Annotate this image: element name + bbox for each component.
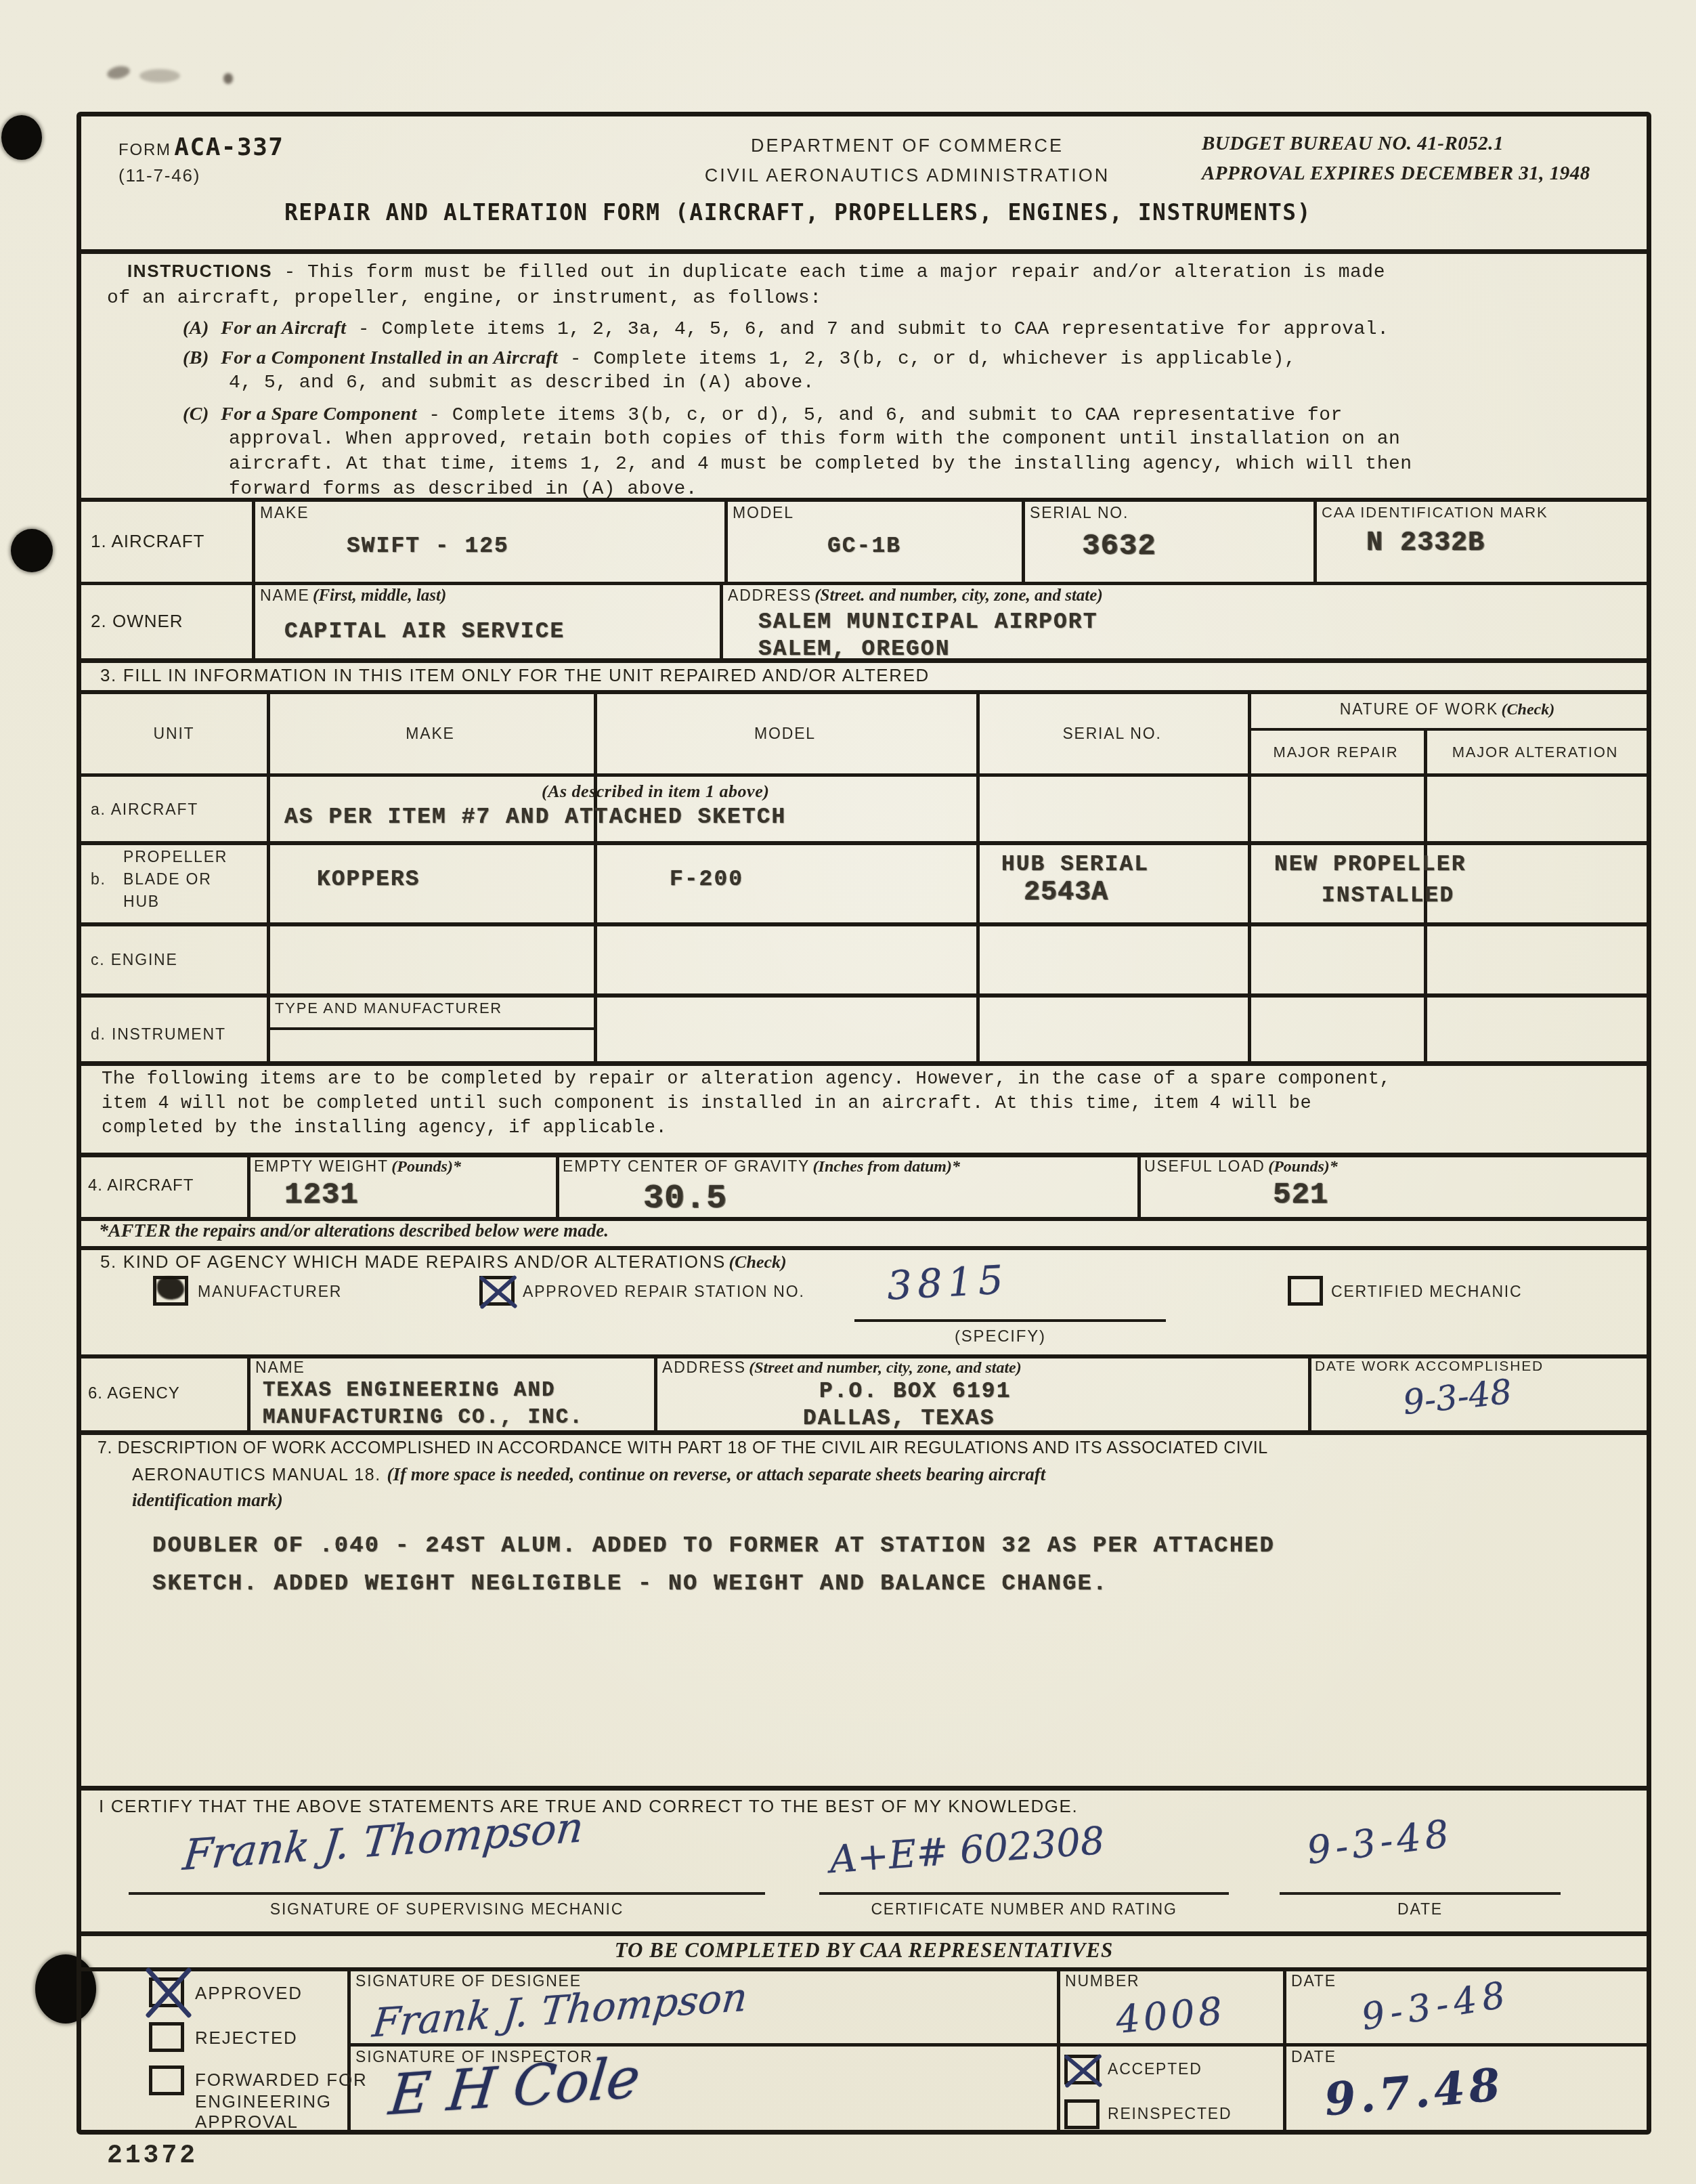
- row-b-nature-line2: INSTALLED: [1322, 883, 1454, 908]
- scanned-form-page: FORM ACA-337 (11-7-46) DEPARTMENT OF COM…: [0, 0, 1696, 2184]
- item2-row-label: 2. OWNER: [91, 611, 183, 632]
- item2-address-line1: SALEM MUNICIPAL AIRPORT: [758, 609, 1097, 635]
- item2-address-label: ADDRESS (Street. and number, city, zone,…: [728, 586, 1103, 605]
- approved-label: APPROVED: [195, 1983, 303, 2004]
- row-d-sub-label: TYPE AND MANUFACTURER: [275, 1000, 502, 1017]
- item7-heading-line3: identification mark): [132, 1490, 283, 1511]
- repair-station-number: 3815: [886, 1256, 1009, 1308]
- item6-address-line2: DALLAS, TEXAS: [803, 1406, 995, 1431]
- row-b-label-line3: HUB: [123, 893, 160, 911]
- item7-body-line1: DOUBLER OF .040 - 24ST ALUM. ADDED TO FO…: [152, 1533, 1275, 1559]
- row-b-label-line2: BLADE OR: [123, 870, 212, 888]
- item4-note-line1: The following items are to be completed …: [102, 1067, 1391, 1092]
- item2-name-value: CAPITAL AIR SERVICE: [284, 619, 565, 644]
- row-a-value: AS PER ITEM #7 AND ATTACHED SKETCH: [284, 805, 786, 830]
- item4-note-line3: completed by the installing agency, if a…: [102, 1116, 667, 1141]
- forwarded-checkbox[interactable]: [149, 2065, 184, 2095]
- row-b-serial-line1: HUB SERIAL: [1001, 852, 1149, 877]
- item7-body-line2: SKETCH. ADDED WEIGHT NEGLIGIBLE - NO WEI…: [152, 1571, 1108, 1597]
- item6-name-line2: MANUFACTURING CO., INC.: [263, 1406, 584, 1430]
- row-b-make: KOPPERS: [317, 867, 420, 892]
- department-line1: DEPARTMENT OF COMMERCE: [636, 135, 1178, 157]
- certified-mechanic-checkbox[interactable]: [1288, 1276, 1323, 1306]
- instructions-intro-line2: of an aircraft, propeller, engine, or in…: [107, 286, 821, 311]
- col-nature: NATURE OF WORK (Check): [1248, 700, 1647, 719]
- ink-smudge: [106, 64, 131, 81]
- instruction-c-line2: approval. When approved, retain both cop…: [229, 427, 1400, 452]
- accepted-label: ACCEPTED: [1108, 2060, 1202, 2078]
- reinspected-checkbox[interactable]: [1064, 2099, 1100, 2129]
- row-b-model: F-200: [670, 867, 743, 892]
- row-b-label-line1: PROPELLER: [123, 848, 227, 866]
- punch-hole: [1, 115, 42, 160]
- caa-date-value: 9-3-48: [1358, 1973, 1513, 2038]
- instruction-c: (C) For a Spare Component - Complete ite…: [183, 402, 1343, 428]
- caa-date2-label: DATE: [1291, 2048, 1336, 2066]
- budget-line1: BUDGET BUREAU NO. 41-R052.1: [1202, 133, 1590, 155]
- item6-name-label: NAME: [255, 1358, 305, 1377]
- col-make: MAKE: [267, 725, 594, 743]
- specify-label: (SPECIFY): [955, 1327, 1046, 1346]
- manufacturer-checkbox[interactable]: [153, 1276, 188, 1306]
- item4-ul-label: USEFUL LOAD (Pounds)*: [1144, 1157, 1338, 1176]
- form-revision: (11-7-46): [118, 165, 284, 186]
- certificate-number-value: A+E# 602308: [828, 1819, 1106, 1882]
- item3-banner: 3. FILL IN INFORMATION IN THIS ITEM ONLY…: [100, 665, 930, 686]
- item4-ew-label: EMPTY WEIGHT (Pounds)*: [254, 1157, 461, 1176]
- item4-cg-label: EMPTY CENTER OF GRAVITY (Inches from dat…: [563, 1157, 960, 1176]
- item4-footnote: *AFTER the repairs and/or alterations de…: [99, 1220, 609, 1242]
- item5-heading: 5. KIND OF AGENCY WHICH MADE REPAIRS AND…: [100, 1251, 787, 1272]
- row-b-prefix: b.: [91, 870, 106, 888]
- item4-ew-value: 1231: [284, 1178, 359, 1212]
- item6-name-line1: TEXAS ENGINEERING AND: [263, 1379, 556, 1403]
- col-model: MODEL: [594, 725, 976, 743]
- col-major-alteration: MAJOR ALTERATION: [1424, 744, 1647, 761]
- item7-heading-line1: 7. DESCRIPTION OF WORK ACCOMPLISHED IN A…: [97, 1438, 1268, 1458]
- caa-date-label: DATE: [1291, 1972, 1336, 1990]
- row-d-label: d. INSTRUMENT: [91, 1025, 226, 1044]
- punch-hole: [11, 529, 53, 572]
- instruction-b: (B) For a Component Installed in an Airc…: [183, 345, 1296, 372]
- rejected-label: REJECTED: [195, 2028, 298, 2049]
- budget-block: BUDGET BUREAU NO. 41-R052.1 APPROVAL EXP…: [1202, 133, 1590, 185]
- manufacturer-label: MANUFACTURER: [198, 1283, 342, 1301]
- approved-checkbox[interactable]: [149, 1977, 184, 2007]
- item6-address-line1: P.O. BOX 6191: [819, 1379, 1011, 1404]
- row-a-label: a. AIRCRAFT: [91, 800, 198, 819]
- caa-number-label: NUMBER: [1065, 1972, 1139, 1990]
- instructions-lead: INSTRUCTIONS: [127, 261, 272, 281]
- col-major-repair: MAJOR REPAIR: [1248, 744, 1424, 761]
- certify-statement: I CERTIFY THAT THE ABOVE STATEMENTS ARE …: [99, 1796, 1078, 1817]
- item1-model-value: GC-1B: [827, 534, 901, 559]
- page-title: REPAIR AND ALTERATION FORM (AIRCRAFT, PR…: [284, 199, 1311, 226]
- ink-smudge: [223, 73, 233, 84]
- item1-serial-label: SERIAL NO.: [1030, 504, 1129, 522]
- caa-heading: TO BE COMPLETED BY CAA REPRESENTATIVES: [81, 1938, 1647, 1963]
- repair-station-label: APPROVED REPAIR STATION NO.: [523, 1283, 805, 1301]
- reinspected-label: REINSPECTED: [1108, 2105, 1232, 2123]
- forwarded-label-line2: ENGINEERING: [195, 2091, 332, 2112]
- row-b-nature-line1: NEW PROPELLER: [1274, 852, 1466, 877]
- instructions-intro-line1: INSTRUCTIONS - This form must be filled …: [127, 260, 1385, 285]
- item1-make-value: SWIFT - 125: [347, 534, 509, 559]
- row-c-label: c. ENGINE: [91, 951, 178, 969]
- certified-mechanic-label: CERTIFIED MECHANIC: [1331, 1283, 1522, 1301]
- accepted-checkbox[interactable]: [1064, 2055, 1100, 2084]
- repair-station-checkbox[interactable]: [479, 1276, 515, 1306]
- item2-name-label: NAME (First, middle, last): [260, 586, 446, 605]
- item1-row-label: 1. AIRCRAFT: [91, 531, 204, 552]
- department-line2: CIVIL AERONAUTICS ADMINISTRATION: [636, 165, 1178, 187]
- caa-date2-value: 9.7.48: [1322, 2058, 1506, 2126]
- budget-line2: APPROVAL EXPIRES DECEMBER 31, 1948: [1202, 163, 1590, 185]
- print-control-number: 21372: [107, 2141, 198, 2170]
- manufacturer-checkbox-mark: [157, 1277, 184, 1300]
- item1-caa-label: CAA IDENTIFICATION MARK: [1322, 504, 1548, 521]
- instruction-c-line3: aircraft. At that time, items 1, 2, and …: [229, 452, 1412, 477]
- col-serial: SERIAL NO.: [976, 725, 1248, 743]
- instruction-b-line2: 4, 5, and 6, and submit as described in …: [229, 370, 814, 395]
- item1-model-label: MODEL: [733, 504, 794, 522]
- caa-number-value: 4008: [1114, 1989, 1227, 2042]
- item4-ul-value: 521: [1273, 1178, 1328, 1212]
- ink-smudge: [139, 69, 180, 83]
- item1-caa-value: N 2332B: [1366, 528, 1485, 559]
- item6-address-label: ADDRESS (Street and number, city, zone, …: [662, 1358, 1022, 1377]
- item4-cg-value: 30.5: [643, 1180, 727, 1218]
- form-number-block: FORM ACA-337 (11-7-46): [118, 133, 284, 186]
- item7-heading-line2: AERONAUTICS MANUAL 18. (If more space is…: [132, 1464, 1045, 1485]
- forwarded-label-line1: FORWARDED FOR: [195, 2070, 368, 2091]
- certificate-number-label: CERTIFICATE NUMBER AND RATING: [819, 1900, 1229, 1919]
- rejected-checkbox[interactable]: [149, 2022, 184, 2052]
- row-a-note: (As described in item 1 above): [542, 779, 769, 804]
- forwarded-label-line3: APPROVAL: [195, 2112, 299, 2133]
- form-border: FORM ACA-337 (11-7-46) DEPARTMENT OF COM…: [77, 112, 1651, 2135]
- instruction-a: (A) For an Aircraft - Complete items 1, …: [183, 316, 1389, 342]
- mechanic-signature-label: SIGNATURE OF SUPERVISING MECHANIC: [129, 1900, 765, 1919]
- form-number: ACA-337: [174, 133, 284, 161]
- certification-date-label: DATE: [1280, 1900, 1561, 1919]
- col-unit: UNIT: [81, 725, 267, 743]
- item6-row-label: 6. AGENCY: [88, 1384, 180, 1403]
- item6-date-value: 9-3-48: [1401, 1372, 1513, 1423]
- item1-serial-value: 3632: [1082, 530, 1156, 563]
- row-b-serial-line2: 2543A: [1024, 878, 1108, 908]
- department-block: DEPARTMENT OF COMMERCE CIVIL AERONAUTICS…: [636, 135, 1178, 187]
- item4-note-line2: item 4 will not be completed until such …: [102, 1092, 1311, 1117]
- form-word: FORM: [118, 141, 171, 159]
- item4-row-label: 4. AIRCRAFT: [88, 1176, 194, 1195]
- certification-date-value: 9-3-48: [1305, 1812, 1456, 1873]
- item1-make-label: MAKE: [260, 504, 309, 522]
